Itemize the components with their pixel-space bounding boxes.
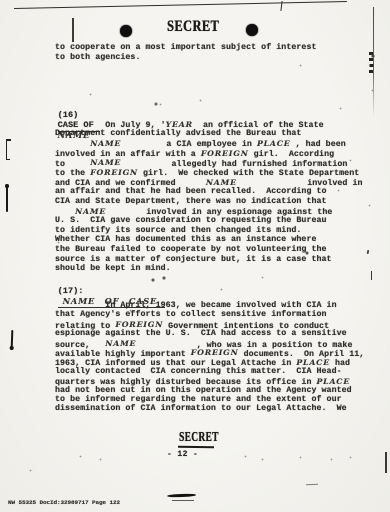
typed-text: to the [55, 169, 90, 178]
handwritten-insert: PLACE [257, 139, 291, 148]
section-16-number: (16) [58, 110, 79, 120]
typed-text: to be informed regarding the nature and … [55, 395, 342, 404]
typed-line: available highly important FOREIGN docum… [55, 349, 364, 358]
typed-text: Whether CIA has documented this as an in… [55, 235, 317, 244]
handwritten-insert: FOREIGN [115, 320, 163, 329]
section-17-paragraph: In April, 1963, we became involved with … [55, 302, 364, 415]
typed-line: should be kept in mind. [55, 265, 363, 275]
typed-text: CIA and State Department, there was no i… [55, 197, 327, 206]
typed-text: to [55, 160, 90, 169]
margin-pen-mark [6, 185, 8, 212]
section-16-paragraph: On July 9, 'YEAR an official of the Stat… [55, 120, 363, 275]
margin-annotation-marks [369, 52, 373, 55]
secret-stamp-bottom: SECRET [179, 430, 219, 444]
document-page: SECRET to cooperate on a most important … [0, 0, 390, 512]
intro-paragraph: to cooperate on a most important subject… [55, 44, 317, 63]
handwritten-insert: FOREIGN [191, 348, 239, 357]
handwritten-insert: NAME [105, 339, 136, 348]
typed-text: girl. We checked with the State Departme… [138, 169, 359, 178]
bottom-stray-dash [306, 484, 318, 486]
scan-edge-line [14, 1, 347, 9]
handwritten-insert: YEAR [166, 120, 193, 129]
margin-tick-right [371, 271, 372, 280]
typed-line: to both agencies. [55, 54, 317, 64]
typed-text: should be kept in mind. [55, 264, 171, 273]
archive-reference-line: NW 55325 DocId:32989717 Page 122 [8, 499, 120, 506]
typed-line: that Agency's efforts to collect sensiti… [55, 311, 364, 320]
typed-text: dissemination of CIA information to our … [55, 404, 347, 413]
handwritten-insert: PLACE [317, 377, 351, 386]
scan-noise-dark-specks [0, 0, 2, 2]
secret-stamp-top: SECRET [167, 16, 219, 36]
handwritten-insert: NAME [206, 178, 237, 187]
handwritten-insert: NAME [75, 207, 106, 216]
typed-text: Department confidentially advised the Bu… [55, 129, 301, 138]
typed-line: CIA and State Department, there was no i… [55, 198, 363, 208]
typed-text: source is a matter of conjecture but, it… [55, 255, 332, 264]
hole-punch-left [120, 25, 132, 37]
section-17-number: (17): [58, 286, 84, 296]
bottom-edge-mark [385, 452, 387, 473]
handwritten-insert: NAME [90, 139, 121, 148]
typed-line: to NAME allegedly had furnished informat… [55, 159, 363, 169]
secret-stamp-underline [178, 446, 214, 448]
typed-text: to cooperate on a most important subject… [55, 43, 317, 52]
typed-text [55, 140, 90, 149]
handwritten-insert: FOREIGN [201, 149, 249, 158]
scan-corner-mark [280, 1, 282, 11]
page-edge-line [373, 7, 374, 117]
typed-text: the Bureau failed to cooperate by not vo… [55, 245, 327, 254]
typed-line: to the FOREIGN girl. We checked with the… [55, 168, 363, 178]
typed-text: , had been [290, 140, 345, 149]
margin-tick-mark [72, 18, 74, 42]
typed-text: allegedly had furnished information [121, 160, 347, 169]
margin-bracket-mark [6, 139, 12, 160]
hole-punch-right [246, 24, 258, 36]
typed-text: espionage against the U. S. CIA had acce… [55, 329, 347, 338]
typed-text: In April, 1963, we became involved with … [55, 301, 337, 310]
typed-line: espionage against the U. S. CIA had acce… [55, 330, 364, 339]
handwritten-insert: PLACE [296, 358, 330, 367]
typed-line: Department confidentially advised the Bu… [55, 130, 363, 140]
typed-text: U. S. CIA gave consideration to requesti… [55, 216, 327, 225]
typed-line: locally contacted CIA concerning this ma… [55, 368, 364, 377]
typed-line: NAME a CIA employee in PLACE , had been [55, 139, 363, 149]
stray-ink-mark [367, 250, 370, 254]
typed-text: locally contacted CIA concerning this ma… [55, 367, 342, 376]
typed-text: to both agencies. [55, 53, 141, 62]
handwritten-insert: NAME [90, 158, 121, 167]
page-number: - 12 - [167, 450, 198, 459]
margin-ink-stroke [11, 330, 14, 349]
typed-text: to identify its source and then changed … [55, 226, 301, 235]
handwritten-insert: FOREIGN [90, 168, 138, 177]
typed-text: an affair and that he had been recalled.… [55, 187, 327, 196]
bottom-ink-line [172, 500, 194, 501]
typed-text: involved in an affair with a [55, 150, 201, 159]
bottom-ink-squiggle [167, 493, 196, 497]
typed-text: had not been cut in on this operation an… [55, 386, 352, 395]
typed-text: girl. According [249, 150, 335, 159]
typed-text: that Agency's efforts to collect sensiti… [55, 310, 327, 319]
typed-line: dissemination of CIA information to our … [55, 405, 364, 414]
